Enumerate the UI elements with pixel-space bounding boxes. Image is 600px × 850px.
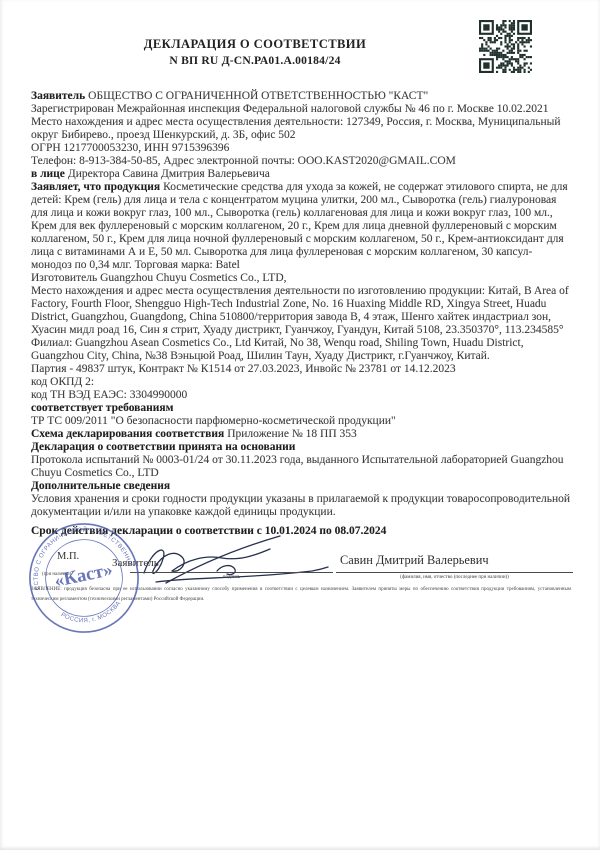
- conforms-label: соответствует требованиям: [31, 402, 572, 415]
- svg-text:РОССИЯ, г. МОСКВА: РОССИЯ, г. МОСКВА: [58, 598, 125, 629]
- product-value: Косметические средства для ухода за коже…: [31, 181, 568, 271]
- signature-caption: подпись: [130, 575, 333, 580]
- stamp-ring-bottom-text: РОССИЯ, г. МОСКВА: [58, 598, 125, 629]
- declaration-document: ДЕКЛАРАЦИЯ О СООТВЕТСТВИИ N ВП RU Д-CN.Р…: [0, 0, 600, 850]
- product-label: Заявляет, что продукция: [31, 181, 160, 193]
- conforms-value: ТР ТС 009/2011 "О безопасности парфюмерн…: [31, 415, 572, 428]
- applicant-line: ЗаявительОБЩЕСТВО С ОГРАНИЧЕННОЙ ОТВЕТСТ…: [31, 90, 572, 103]
- scheme-line: Схема декларирования соответствияПриложе…: [31, 428, 572, 441]
- okpd-line: код ОКПД 2:: [31, 376, 572, 389]
- tnved-line: код ТН ВЭД ЕАЭС: 3304990000: [31, 389, 572, 402]
- document-title: ДЕКЛАРАЦИЯ О СООТВЕТСТВИИ: [31, 37, 479, 52]
- scheme-label: Схема декларирования соответствия: [31, 428, 224, 440]
- applicant-address-line: Место нахождения и адрес места осуществл…: [31, 116, 572, 142]
- phone-email-line: Телефон: 8-913-384-50-85, Адрес электрон…: [31, 155, 572, 168]
- company-stamp-icon: ОБЩЕСТВО С ОГРАНИЧЕННОЙ ОТВЕТСТВЕННОСТЬЮ…: [14, 508, 154, 648]
- qr-code-icon: [479, 20, 532, 73]
- batch-line: Партия - 49837 штук, Контракт № К1514 от…: [31, 363, 572, 376]
- ogrn-inn-line: ОГРН 1217700053230, ИНН 9715396396: [31, 142, 572, 155]
- applicant-label: Заявитель: [31, 90, 85, 102]
- product-line: Заявляет, что продукцияКосметические сре…: [31, 181, 572, 272]
- scheme-value: Приложение № 18 ПП 353: [227, 428, 357, 440]
- document-body: ЗаявительОБЩЕСТВО С ОГРАНИЧЕННОЙ ОТВЕТСТ…: [31, 90, 572, 538]
- basis-label: Декларация о соответствии принята на осн…: [31, 441, 572, 454]
- title-block: ДЕКЛАРАЦИЯ О СООТВЕТСТВИИ N ВП RU Д-CN.Р…: [31, 37, 479, 67]
- document-number: N ВП RU Д-CN.РА01.А.00184/24: [31, 54, 479, 67]
- branch-line: Филиал: Guangzhou Asean Cosmetics Co., L…: [31, 337, 572, 363]
- name-caption: (фамилия, имя, отчество (последнее при н…: [336, 575, 573, 580]
- represented-line: в лицеДиректора Савина Дмитрия Валерьеви…: [31, 168, 572, 181]
- manufacturer-address-line: Место нахождения и адрес места осуществл…: [31, 285, 572, 337]
- signature-rule: [130, 572, 333, 573]
- manufacturer-line: Изготовитель Guangzhou Chuyu Cosmetics C…: [31, 272, 572, 285]
- stamp-company-name: «Каст»: [53, 559, 115, 592]
- represented-label: в лице: [31, 168, 65, 180]
- represented-value: Директора Савина Дмитрия Валерьевича: [68, 168, 270, 180]
- registration-line: Зарегистрирован Межрайонная инспекция Фе…: [31, 103, 572, 116]
- applicant-value: ОБЩЕСТВО С ОГРАНИЧЕННОЙ ОТВЕТСТВЕННОСТЬЮ…: [88, 90, 428, 102]
- signatory-name: Савин Дмитрий Валерьевич: [340, 553, 489, 568]
- basis-value: Протокола испытаний № 0003-01/24 от 30.1…: [31, 454, 572, 480]
- name-rule: [336, 572, 573, 573]
- additional-label: Дополнительные сведения: [31, 480, 572, 493]
